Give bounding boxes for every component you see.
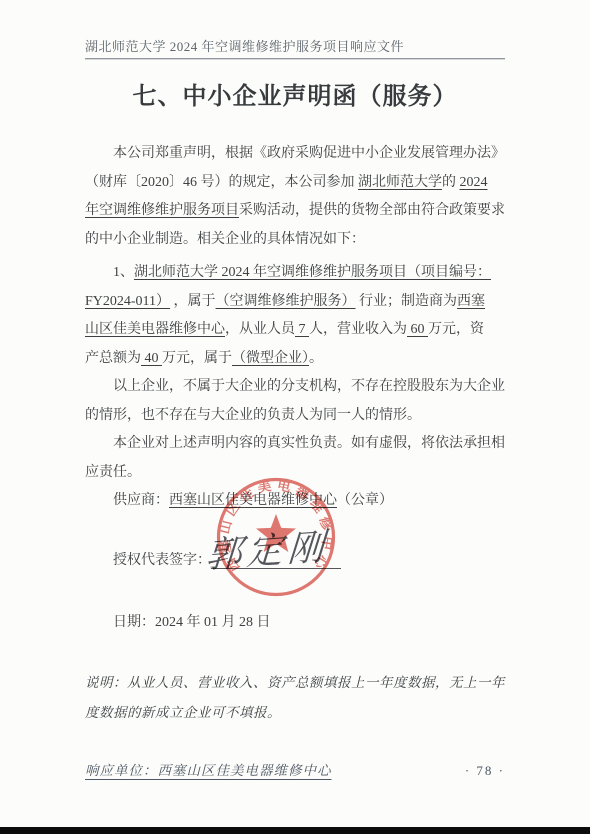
body-line: 以上企业，不属于大企业的分支机构，不存在控股股东为大企业 [85,373,513,402]
signature-label: 授权代表签字： [113,553,211,568]
body-line: （财库〔2020〕46 号）的规定，本公司参加 湖北师范大学的 2024 [85,169,513,198]
supplier-label: 供应商： [113,493,169,508]
signature-handwriting: 郭定刚 [204,517,357,579]
body-line: 本企业对上述声明内容的真实性负责。如有虚假，将依法承担相 [85,430,513,459]
page-number: · 78 · [465,763,505,779]
body-line: 年空调维修维护服务项目采购活动，提供的货物全部由符合政策要求 [85,197,513,226]
supplier-stamp-note: （公章） [337,493,393,508]
header-title: 湖北师范大学 2024 年空调维修维护服务项目响应文件 [85,36,404,55]
footer-respondent: 响应单位：西塞山区佳美电器维修中心 [85,759,332,779]
date-line: 日期：2024 年 01 月 28 日 [85,611,541,631]
note-line-1: 说明：从业人员、营业收入、资产总额填报上一年度数据，无上一年 [85,668,525,698]
note: 说明：从业人员、营业收入、资产总额填报上一年度数据，无上一年 度数据的新成立企业… [85,668,525,728]
body-line: FY2024-011） ，属于（空调维修维护服务） 行业；制造商为西塞 [85,288,513,317]
body-line: 产总额为 40 万元，属于（微型企业）。 [85,345,513,374]
body-line: 1、湖北师范大学 2024 年空调维修维护服务项目（项目编号： [85,259,513,288]
body-line: 本公司郑重声明，根据《政府采购促进中小企业发展管理办法》 [85,140,513,169]
body-line: 的中小企业制造。相关企业的具体情况如下： [85,226,513,255]
scan-edge-bar [0,827,590,834]
body-line: 山区佳美电器维修中心，从业人员 7 人，营业收入为 60 万元，资 [85,316,513,345]
page-title: 七、中小企业声明函（服务） [85,76,505,111]
declaration-body: 本公司郑重声明，根据《政府采购促进中小企业发展管理办法》（财库〔2020〕46 … [85,140,513,487]
document-page: 湖北师范大学 2024 年空调维修维护服务项目响应文件 七、中小企业声明函（服务… [0,0,590,834]
header-rule [85,58,505,59]
page-footer: 响应单位：西塞山区佳美电器维修中心 · 78 · [85,759,505,779]
note-line-2: 度数据的新成立企业可不填报。 [85,698,525,728]
body-line: 的情形，也不存在与大企业的负责人为同一人的情形。 [85,402,513,431]
